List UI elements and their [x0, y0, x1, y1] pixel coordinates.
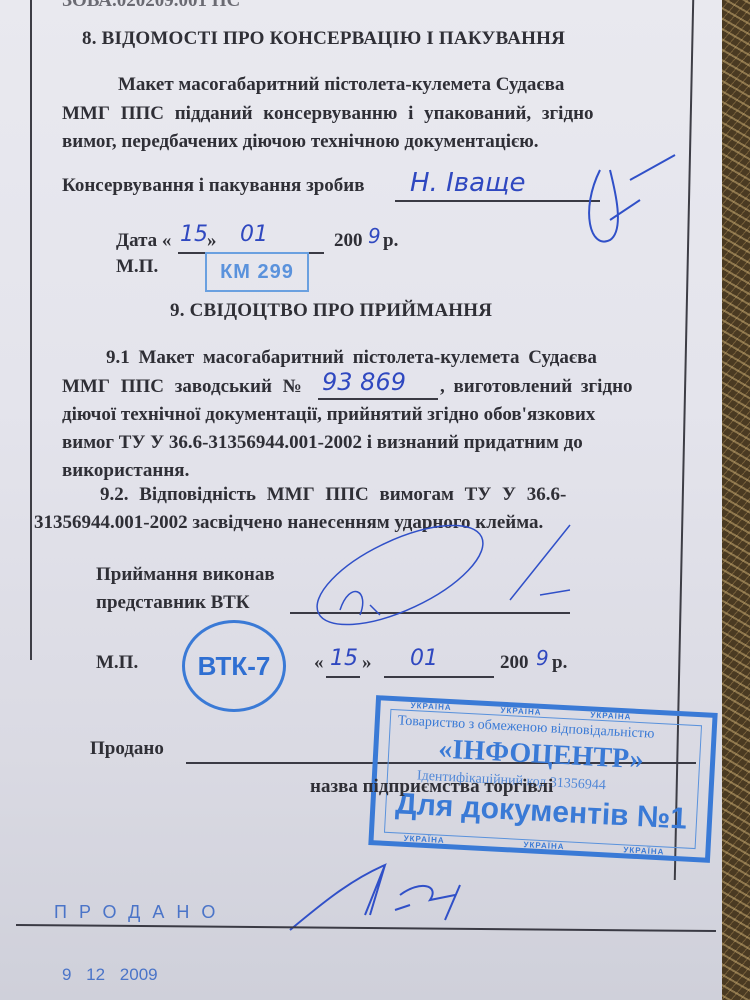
sale-date-stamp: 9 12 2009	[62, 965, 158, 985]
page-border-left	[30, 0, 32, 660]
section-8-year-suffix: р.	[383, 230, 398, 252]
section-9-1-line-1: 9.1 Макет масогабаритний пістолета-кулем…	[106, 347, 597, 369]
section-9-1-line-4: вимог ТУ У 36.6-31356944.001-2002 і визн…	[62, 432, 583, 454]
conservation-signature: Н. Іваще	[410, 168, 526, 198]
section-8-date-month: 01	[240, 222, 268, 247]
stamp-border-text: УКРАЇНА	[623, 845, 664, 856]
date-day-underline	[178, 252, 206, 254]
date-month-underline-9	[384, 676, 494, 678]
section-8-year-prefix: 200	[334, 230, 363, 252]
section-9-year-digit: 9	[536, 646, 549, 670]
vtk-representative-label: представник ВТК	[96, 592, 250, 614]
signature-flourish-icon	[570, 150, 680, 260]
date-open-quote: Дата «	[116, 230, 171, 251]
serial-number-underline	[318, 398, 438, 400]
section-8-date-label: Дата «	[116, 230, 171, 252]
sold-label: Продано	[90, 738, 164, 760]
section-9-1-line-2b: , виготовлений згідно	[440, 376, 633, 398]
stamp-border-text: УКРАЇНА	[403, 834, 444, 845]
section-9-date-day: 15	[330, 646, 358, 671]
section-9-year-prefix: 200	[500, 652, 529, 674]
section-9-1-line-2a: ММГ ППС заводський №	[62, 376, 302, 398]
section-9-date-open: «	[314, 652, 324, 674]
document-page: ЗОВА.020209.001 ПС 8. ВІДОМОСТІ ПРО КОНС…	[0, 0, 722, 1000]
section-9-2-line-1: 9.2. Відповідність ММГ ППС вимогам ТУ У …	[100, 484, 566, 506]
section-8-date-day: 15	[180, 222, 208, 247]
date-day-underline-9	[326, 676, 360, 678]
section-8-line-1: Макет масогабаритний пістолета-кулемета …	[118, 74, 648, 96]
section-9-1-line-3: діючої технічної документації, прийнятий…	[62, 404, 595, 426]
km-299-stamp: КМ 299	[205, 252, 309, 292]
section-9-year-suffix: р.	[552, 652, 567, 674]
seller-signature-icon	[280, 855, 500, 935]
accepted-by-label: Приймання виконав	[96, 564, 275, 586]
section-9-date-month: 01	[410, 646, 438, 671]
serial-number: 93 869	[322, 368, 406, 396]
section-8-mp-label: М.П.	[116, 256, 158, 278]
sold-stamp: ПРОДАНО	[54, 902, 227, 923]
section-8-line-3: вимог, передбачених діючою технічною док…	[62, 131, 539, 153]
vtk-signature-icon	[300, 520, 620, 630]
section-9-1-line-5: використання.	[62, 460, 189, 482]
top-fragment-text: ЗОВА.020209.001 ПС	[62, 0, 240, 12]
section-8-title: 8. ВІДОМОСТІ ПРО КОНСЕРВАЦІЮ І ПАКУВАННЯ	[82, 28, 565, 50]
vtk-7-stamp: ВТК-7	[182, 620, 286, 712]
section-9-title: 9. СВІДОЦТВО ПРО ПРИЙМАННЯ	[170, 300, 492, 322]
stamp-border-text: УКРАЇНА	[523, 840, 564, 851]
section-8-date-close: »	[207, 230, 217, 252]
store-name-caption: назва підприємства торгівлі	[310, 776, 553, 798]
conservation-done-by-label: Консервування і пакування зробив	[62, 175, 365, 197]
section-8-line-2: ММГ ППС підданий консервуванню і упакова…	[62, 103, 594, 125]
section-8-line-1-text: Макет масогабаритний пістолета-кулемета …	[118, 74, 564, 96]
section-9-mp-label: М.П.	[96, 652, 138, 674]
section-8-year-digit: 9	[368, 224, 381, 248]
section-9-date-close: »	[362, 652, 372, 674]
